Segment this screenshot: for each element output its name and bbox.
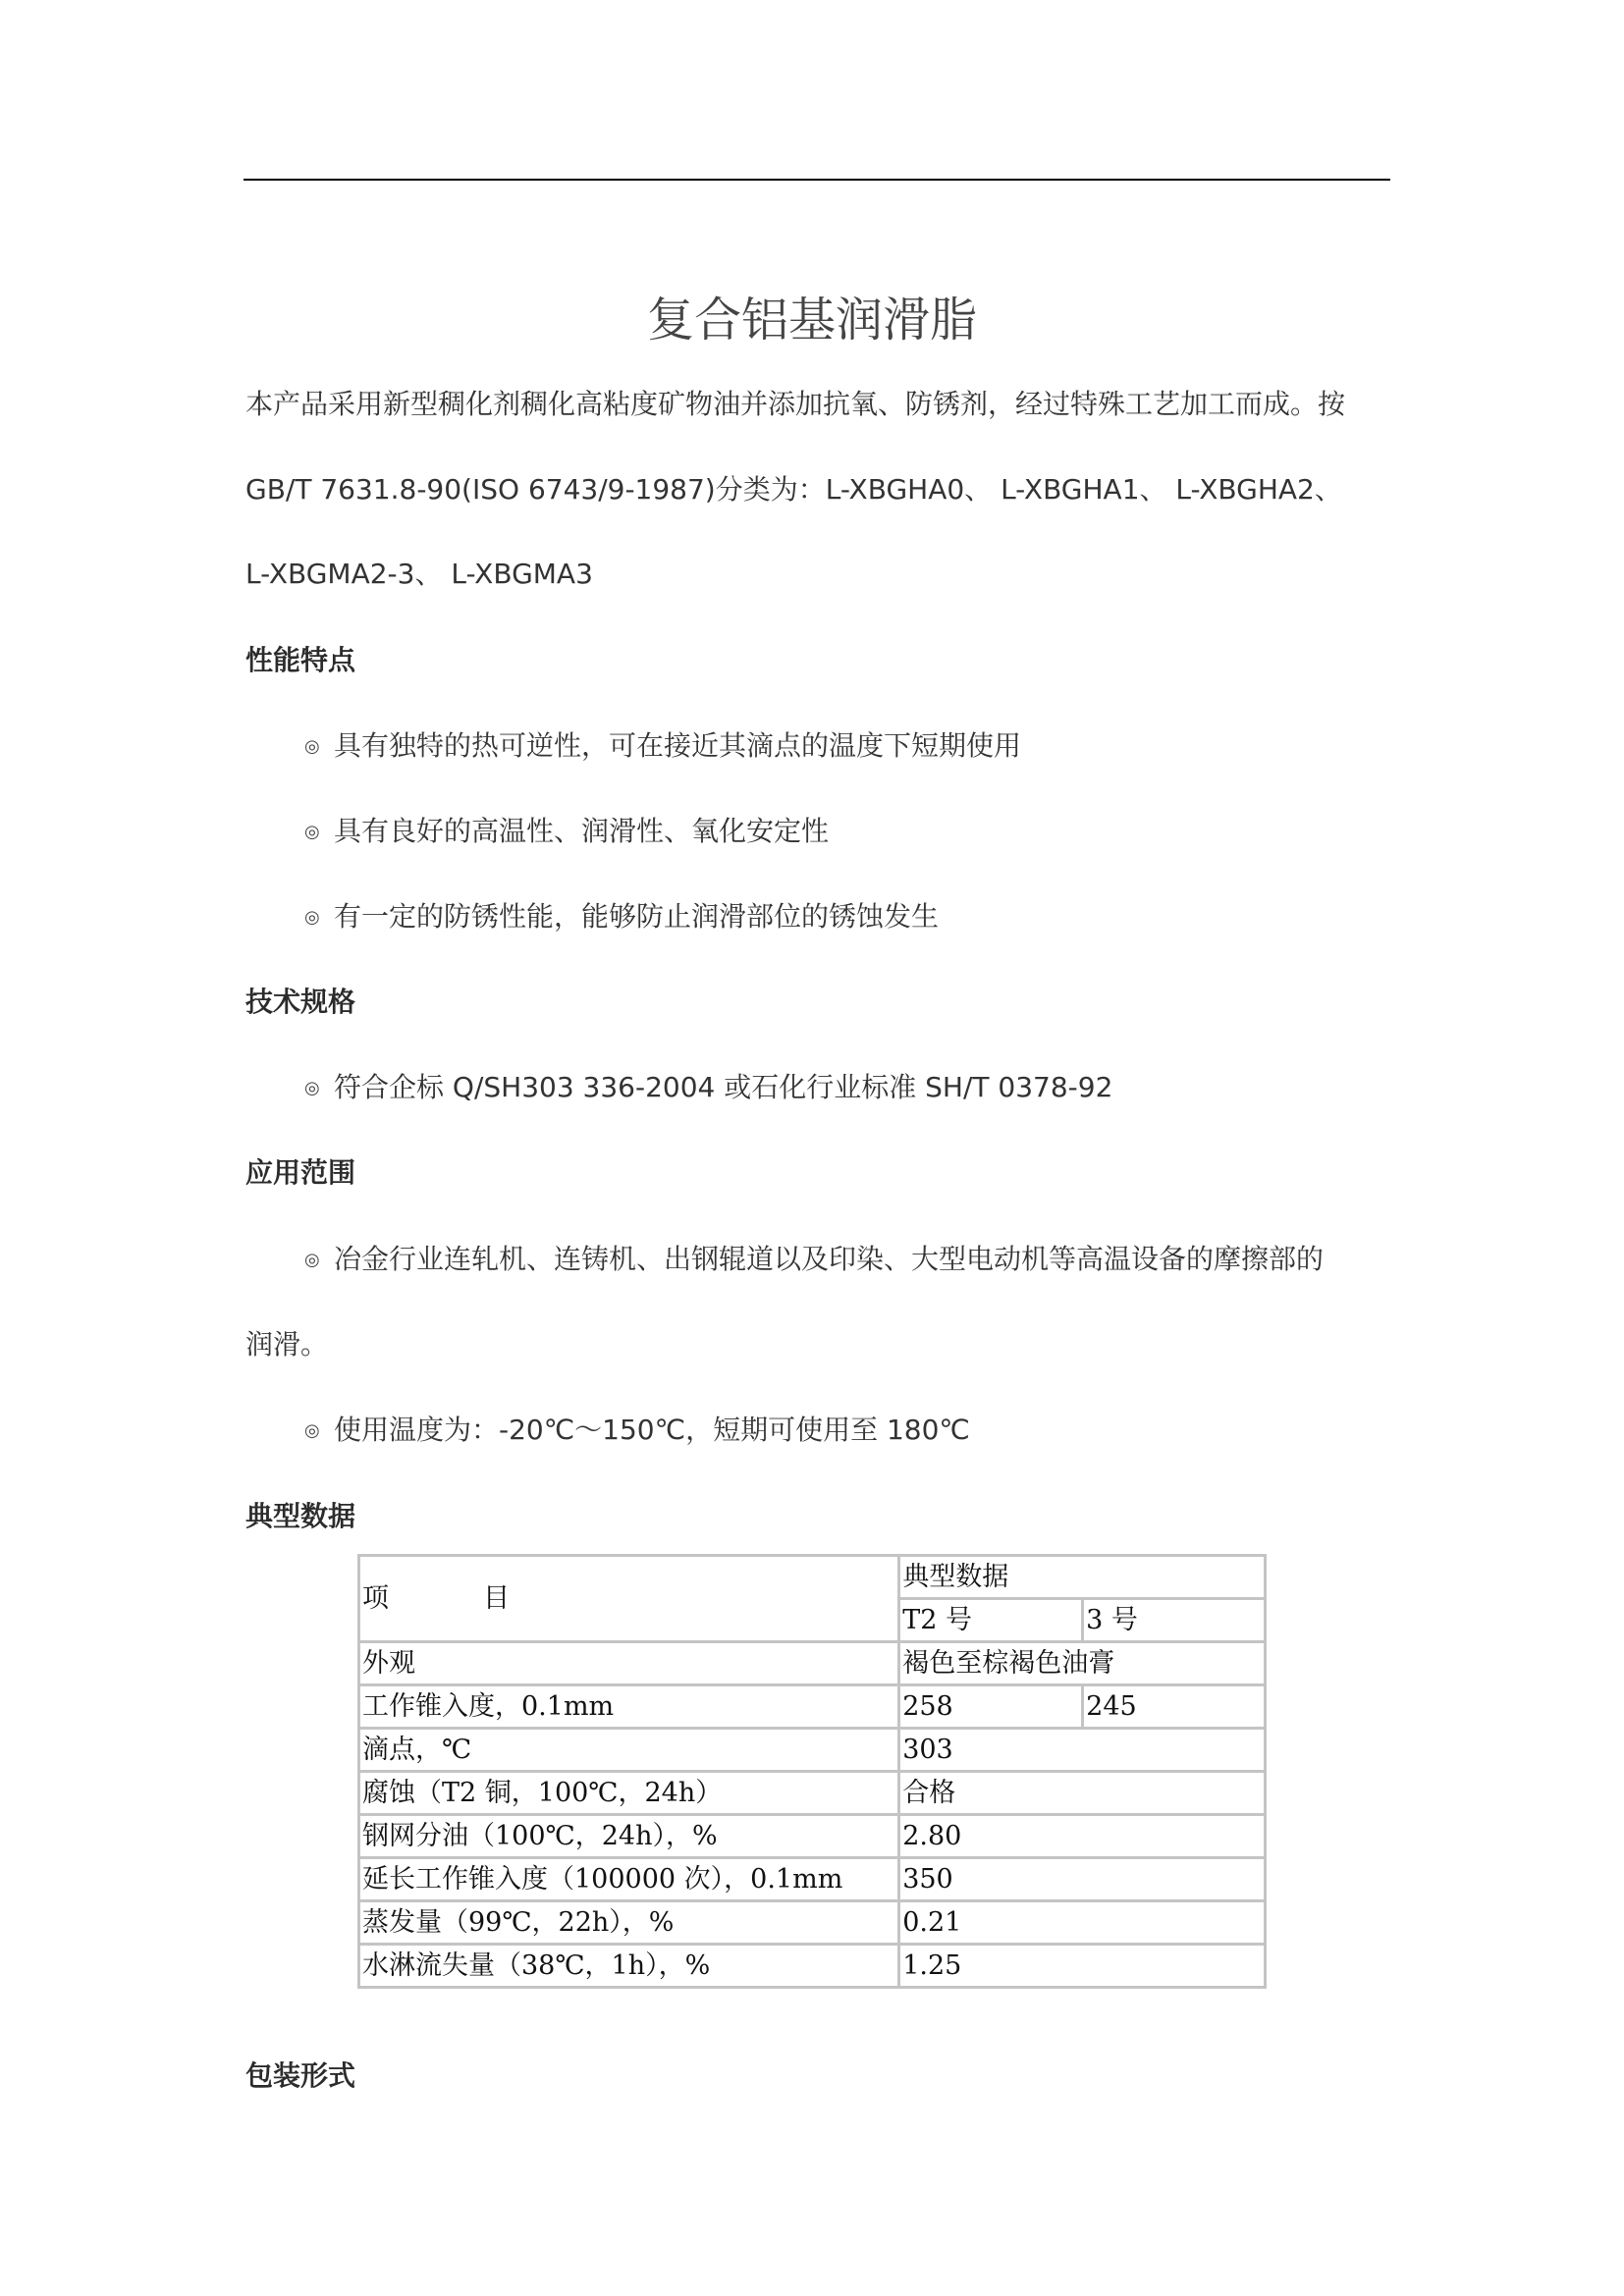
- section-heading-specs: 技术规格: [245, 983, 355, 1022]
- header-item-label-2: 目: [483, 1583, 510, 1614]
- row-value: 303: [899, 1729, 1266, 1772]
- application-text-continued: 润滑。: [245, 1325, 328, 1364]
- application-item: ◎使用温度为：-20℃～150℃，短期可使用至 180℃: [304, 1411, 970, 1451]
- header-col-no3: 3 号: [1083, 1599, 1266, 1642]
- intro-line-3: L-XBGMA2-3、 L-XBGMA3: [245, 555, 593, 594]
- table-row: 滴点，℃ 303: [359, 1729, 1266, 1772]
- intro-line-2: GB/T 7631.8-90(ISO 6743/9-1987)分类为：L-XBG…: [245, 470, 1342, 509]
- row-item: 滴点，℃: [359, 1729, 899, 1772]
- feature-item: ◎具有独特的热可逆性，可在接近其滴点的温度下短期使用: [304, 726, 1021, 767]
- feature-item: ◎具有良好的高温性、润滑性、氧化安定性: [304, 812, 829, 852]
- row-value: 2.80: [899, 1815, 1266, 1858]
- row-item: 延长工作锥入度（100000 次），0.1mm: [359, 1858, 899, 1901]
- header-group-cell: 典型数据: [899, 1556, 1266, 1599]
- bullet-circle-icon: ◎: [304, 1412, 334, 1451]
- table-row: 腐蚀（T2 铜，100℃，24h） 合格: [359, 1772, 1266, 1815]
- table-row: 工作锥入度，0.1mm 258 245: [359, 1685, 1266, 1729]
- spec-text: 符合企标 Q/SH303 336-2004 或石化行业标准 SH/T 0378-…: [334, 1071, 1112, 1103]
- row-item: 外观: [359, 1642, 899, 1685]
- table-header-row: 项目 典型数据: [359, 1556, 1266, 1599]
- row-item: 水淋流失量（38℃，1h），%: [359, 1945, 899, 1988]
- row-value: 合格: [899, 1772, 1266, 1815]
- header-rule: [244, 179, 1390, 181]
- application-text: 使用温度为：-20℃～150℃，短期可使用至 180℃: [334, 1414, 970, 1446]
- row-item: 腐蚀（T2 铜，100℃，24h）: [359, 1772, 899, 1815]
- row-value: 1.25: [899, 1945, 1266, 1988]
- header-item-label: 项: [362, 1583, 389, 1614]
- feature-text: 具有独特的热可逆性，可在接近其滴点的温度下短期使用: [334, 729, 1021, 762]
- feature-text: 有一定的防锈性能，能够防止润滑部位的锈蚀发生: [334, 900, 939, 933]
- table-row: 水淋流失量（38℃，1h），% 1.25: [359, 1945, 1266, 1988]
- table-row: 外观 褐色至棕褐色油膏: [359, 1642, 1266, 1685]
- section-heading-packaging: 包装形式: [245, 2056, 355, 2096]
- application-item: ◎冶金行业连轧机、连铸机、出钢辊道以及印染、大型电动机等高温设备的摩擦部的: [304, 1240, 1324, 1280]
- table-row: 钢网分油（100℃，24h），% 2.80: [359, 1815, 1266, 1858]
- bullet-circle-icon: ◎: [304, 898, 334, 937]
- section-heading-applications: 应用范围: [245, 1153, 355, 1193]
- header-col-t2: T2 号: [899, 1599, 1083, 1642]
- row-value-t2: 258: [899, 1685, 1083, 1729]
- bullet-circle-icon: ◎: [304, 1069, 334, 1108]
- bullet-circle-icon: ◎: [304, 1241, 334, 1280]
- row-item: 蒸发量（99℃，22h），%: [359, 1901, 899, 1945]
- header-item-cell: 项目: [359, 1556, 899, 1642]
- row-item: 工作锥入度，0.1mm: [359, 1685, 899, 1729]
- row-value: 褐色至棕褐色油膏: [899, 1642, 1266, 1685]
- document-title: 复合铝基润滑脂: [0, 291, 1624, 349]
- row-value: 0.21: [899, 1901, 1266, 1945]
- spec-item: ◎符合企标 Q/SH303 336-2004 或石化行业标准 SH/T 0378…: [304, 1068, 1112, 1108]
- table-row: 延长工作锥入度（100000 次），0.1mm 350: [359, 1858, 1266, 1901]
- section-heading-typical-data: 典型数据: [245, 1497, 355, 1536]
- table-row: 蒸发量（99℃，22h），% 0.21: [359, 1901, 1266, 1945]
- row-value-no3: 245: [1083, 1685, 1266, 1729]
- application-text: 冶金行业连轧机、连铸机、出钢辊道以及印染、大型电动机等高温设备的摩擦部的: [334, 1243, 1324, 1275]
- bullet-circle-icon: ◎: [304, 813, 334, 852]
- bullet-circle-icon: ◎: [304, 727, 334, 767]
- feature-item: ◎有一定的防锈性能，能够防止润滑部位的锈蚀发生: [304, 897, 939, 937]
- section-heading-features: 性能特点: [245, 641, 355, 680]
- row-item: 钢网分油（100℃，24h），%: [359, 1815, 899, 1858]
- intro-line-1: 本产品采用新型稠化剂稠化高粘度矿物油并添加抗氧、防锈剂，经过特殊工艺加工而成。按: [245, 385, 1345, 424]
- typical-data-table: 项目 典型数据 T2 号 3 号 外观 褐色至棕褐色油膏 工作锥入度，0.1mm…: [357, 1554, 1267, 1989]
- row-value: 350: [899, 1858, 1266, 1901]
- feature-text: 具有良好的高温性、润滑性、氧化安定性: [334, 815, 829, 847]
